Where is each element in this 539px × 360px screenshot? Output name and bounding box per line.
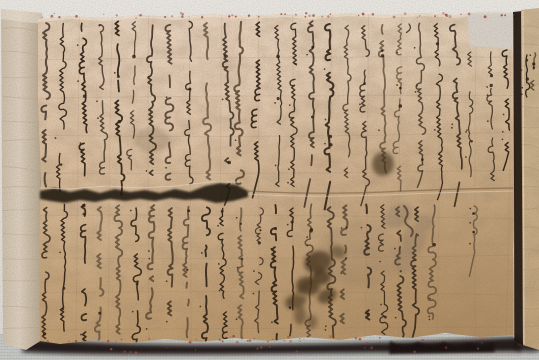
photo-grain: [0, 0, 539, 360]
scene-canvas: [0, 0, 539, 360]
manuscript-photo: [0, 0, 539, 360]
